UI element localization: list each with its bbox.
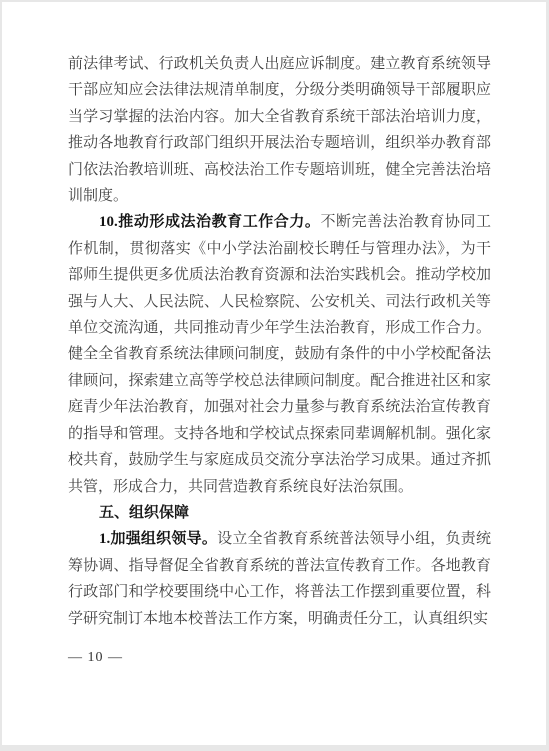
page-number: — 10 — [68, 650, 123, 666]
paragraph-text: 前法律考试、行政机关负责人出庭应诉制度。建立教育系统领导干部应知应会法律法规清单… [68, 56, 491, 204]
paragraph-text: 不断完善法治教育协同工作机制，贯彻落实《中小学法治副校长聘任与管理办法》，为干部… [68, 214, 491, 494]
paragraph-continuation: 前法律考试、行政机关负责人出庭应诉制度。建立教育系统领导干部应知应会法律法规清单… [68, 51, 491, 209]
section-heading-organizational-support: 五、组织保障 [68, 500, 491, 526]
paragraph-item-10: 10.推动形成法治教育工作合力。不断完善法治教育协同工作机制，贯彻落实《中小学法… [68, 209, 491, 499]
item-1-title: 1.加强组织领导。 [99, 531, 217, 547]
document-page: 前法律考试、行政机关负责人出庭应诉制度。建立教育系统领导干部应知应会法律法规清单… [2, 2, 546, 745]
item-10-title: 10.推动形成法治教育工作合力。 [99, 214, 320, 230]
paragraph-item-1: 1.加强组织领导。设立全省教育系统普法领导小组，负责统筹协调、指导督促全省教育系… [68, 526, 491, 632]
document-body: 前法律考试、行政机关负责人出庭应诉制度。建立教育系统领导干部应知应会法律法规清单… [68, 51, 491, 632]
document-viewport: { "document": { "page_number": "— 10 —",… [0, 0, 549, 751]
